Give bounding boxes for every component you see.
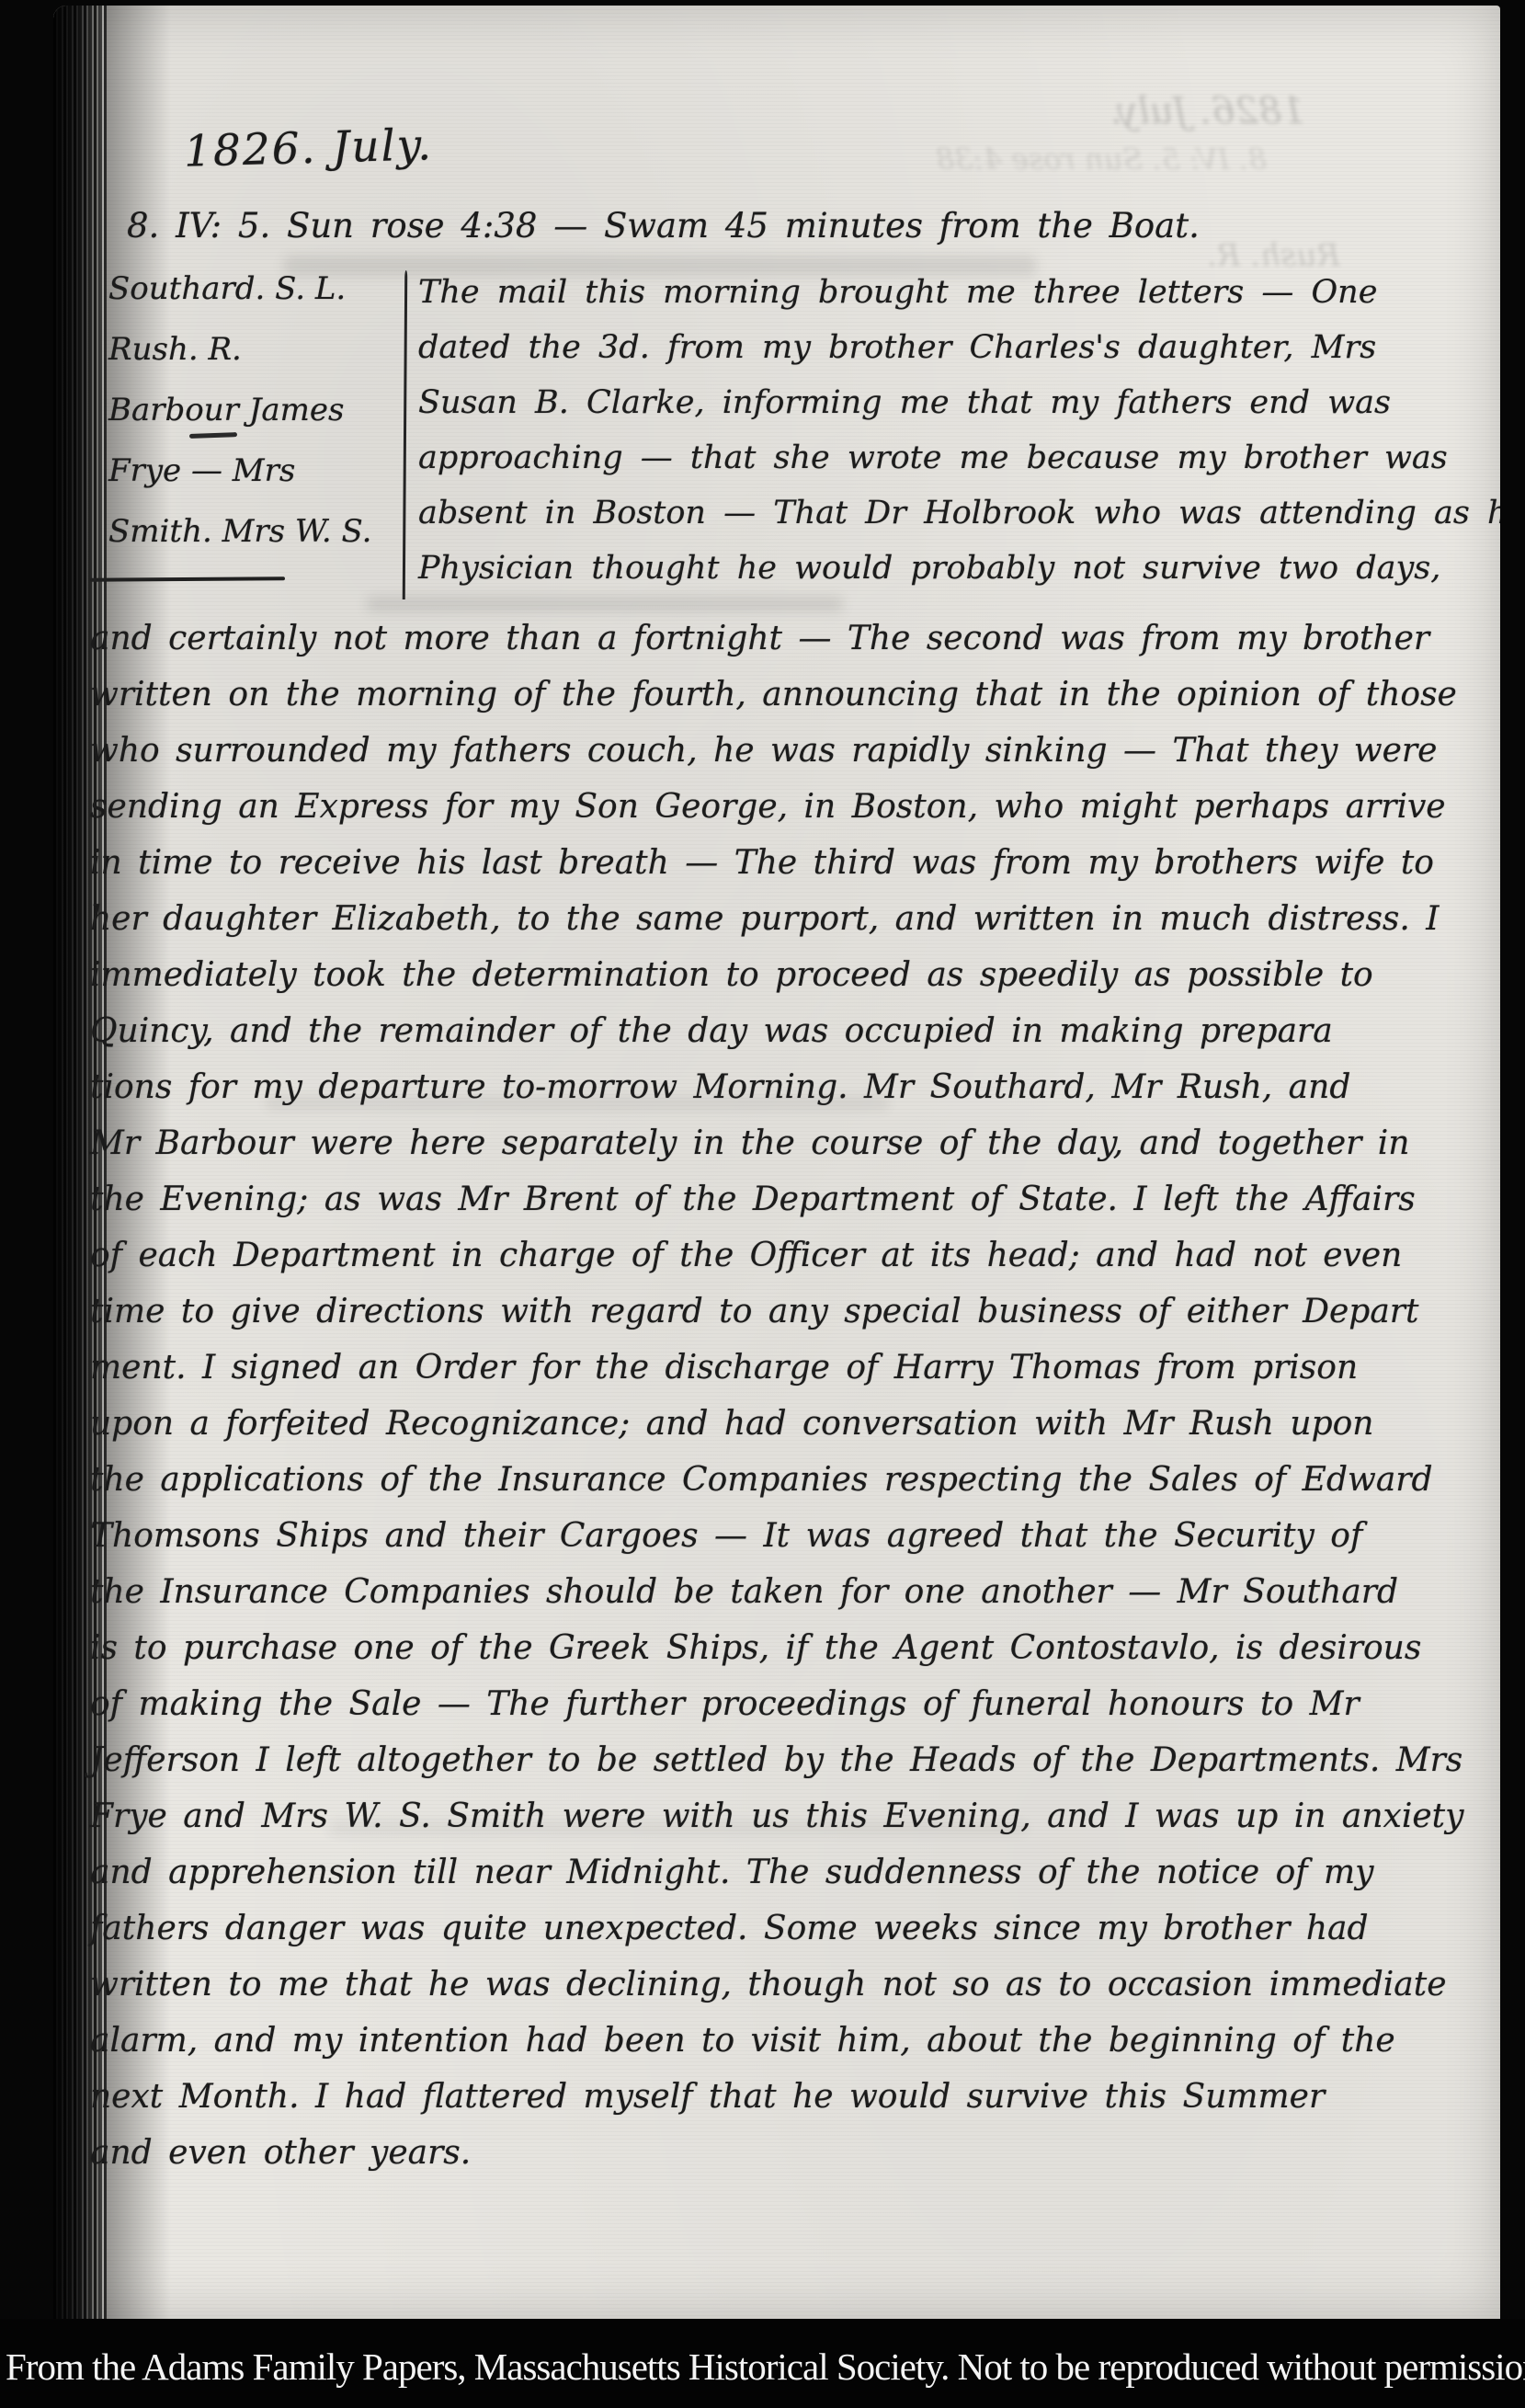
diary-page: 1826. July. 8. IV: 5. Sun rose 4:38 Rush… [53, 6, 1500, 2319]
margin-name: Frye — Mrs [108, 452, 401, 513]
manuscript-line: written to me that he was declining, tho… [90, 1966, 1449, 2022]
manuscript-line: her daughter Elizabeth, to the same purp… [90, 900, 1449, 956]
manuscript-line: absent in Boston — That Dr Holbrook who … [418, 495, 1439, 550]
margin-name: Rush. R. [108, 331, 401, 392]
manuscript-line: in time to receive his last breath — The… [90, 844, 1449, 900]
manuscript-line: Frye and Mrs W. S. Smith were with us th… [90, 1797, 1449, 1854]
manuscript-line: the applications of the Insurance Compan… [90, 1461, 1449, 1517]
manuscript-line: is to purchase one of the Greek Ships, i… [90, 1629, 1449, 1685]
manuscript-scan: 1826. July. 8. IV: 5. Sun rose 4:38 Rush… [0, 0, 1525, 2408]
manuscript-line: Quincy, and the remainder of the day was… [90, 1012, 1449, 1068]
bleed-through-text: 8. IV: 5. Sun rose 4:38 [936, 142, 1267, 177]
bleed-through-text: 1826. July. [1110, 90, 1305, 132]
manuscript-line: dated the 3d. from my brother Charles's … [418, 329, 1439, 384]
manuscript-line: the Insurance Companies should be taken … [90, 1573, 1449, 1629]
margin-name: Barbour James [108, 392, 401, 452]
manuscript-line: The mail this morning brought me three l… [418, 274, 1439, 329]
manuscript-line: sending an Express for my Son George, in… [90, 788, 1449, 844]
manuscript-line: Jefferson I left altogether to be settle… [90, 1741, 1449, 1797]
diary-dateline: 8. IV: 5. Sun rose 4:38 — Swam 45 minute… [127, 206, 1200, 245]
attribution-caption: From the Adams Family Papers, Massachuse… [6, 2345, 1525, 2389]
manuscript-line: the Evening; as was Mr Brent of the Depa… [90, 1181, 1449, 1237]
manuscript-line: and even other years. [90, 2134, 1449, 2190]
manuscript-line: tions for my departure to-morrow Morning… [90, 1068, 1449, 1124]
manuscript-line: Thomsons Ships and their Cargoes — It wa… [90, 1517, 1449, 1573]
attribution-bar: From the Adams Family Papers, Massachuse… [0, 2319, 1525, 2408]
entry-indented-lines: The mail this morning brought me three l… [418, 274, 1439, 605]
manuscript-line: ment. I signed an Order for the discharg… [90, 1349, 1449, 1405]
manuscript-line: who surrounded my fathers couch, he was … [90, 732, 1449, 788]
entry-body-lines: and certainly not more than a fortnight … [90, 620, 1449, 2190]
margin-divider-rule [403, 270, 407, 599]
bleed-through-text: Rush. R. [1207, 237, 1340, 274]
manuscript-line: fathers danger was quite unexpected. Som… [90, 1910, 1449, 1966]
manuscript-line: Physician thought he would probably not … [418, 550, 1439, 605]
margin-name: Southard. S. L. [108, 270, 401, 331]
manuscript-line: of each Department in charge of the Offi… [90, 1237, 1449, 1293]
manuscript-line: time to give directions with regard to a… [90, 1293, 1449, 1349]
manuscript-line: Mr Barbour were here separately in the c… [90, 1124, 1449, 1181]
manuscript-line: of making the Sale — The further proceed… [90, 1685, 1449, 1741]
manuscript-line: Susan B. Clarke, informing me that my fa… [418, 384, 1439, 439]
year-month-header: 1826. July. [183, 120, 433, 177]
margin-name-list: Southard. S. L.Rush. R.Barbour JamesFrye… [108, 270, 401, 574]
manuscript-line: alarm, and my intention had been to visi… [90, 2022, 1449, 2078]
manuscript-line: immediately took the determination to pr… [90, 956, 1449, 1012]
margin-end-rule [90, 576, 285, 581]
manuscript-line: and certainly not more than a fortnight … [90, 620, 1449, 676]
manuscript-line: written on the morning of the fourth, an… [90, 676, 1449, 732]
manuscript-line: upon a forfeited Recognizance; and had c… [90, 1405, 1449, 1461]
manuscript-line: next Month. I had flattered myself that … [90, 2078, 1449, 2134]
manuscript-line: and apprehension till near Midnight. The… [90, 1854, 1449, 1910]
manuscript-line: approaching — that she wrote me because … [418, 439, 1439, 495]
margin-name: Smith. Mrs W. S. [108, 513, 401, 574]
